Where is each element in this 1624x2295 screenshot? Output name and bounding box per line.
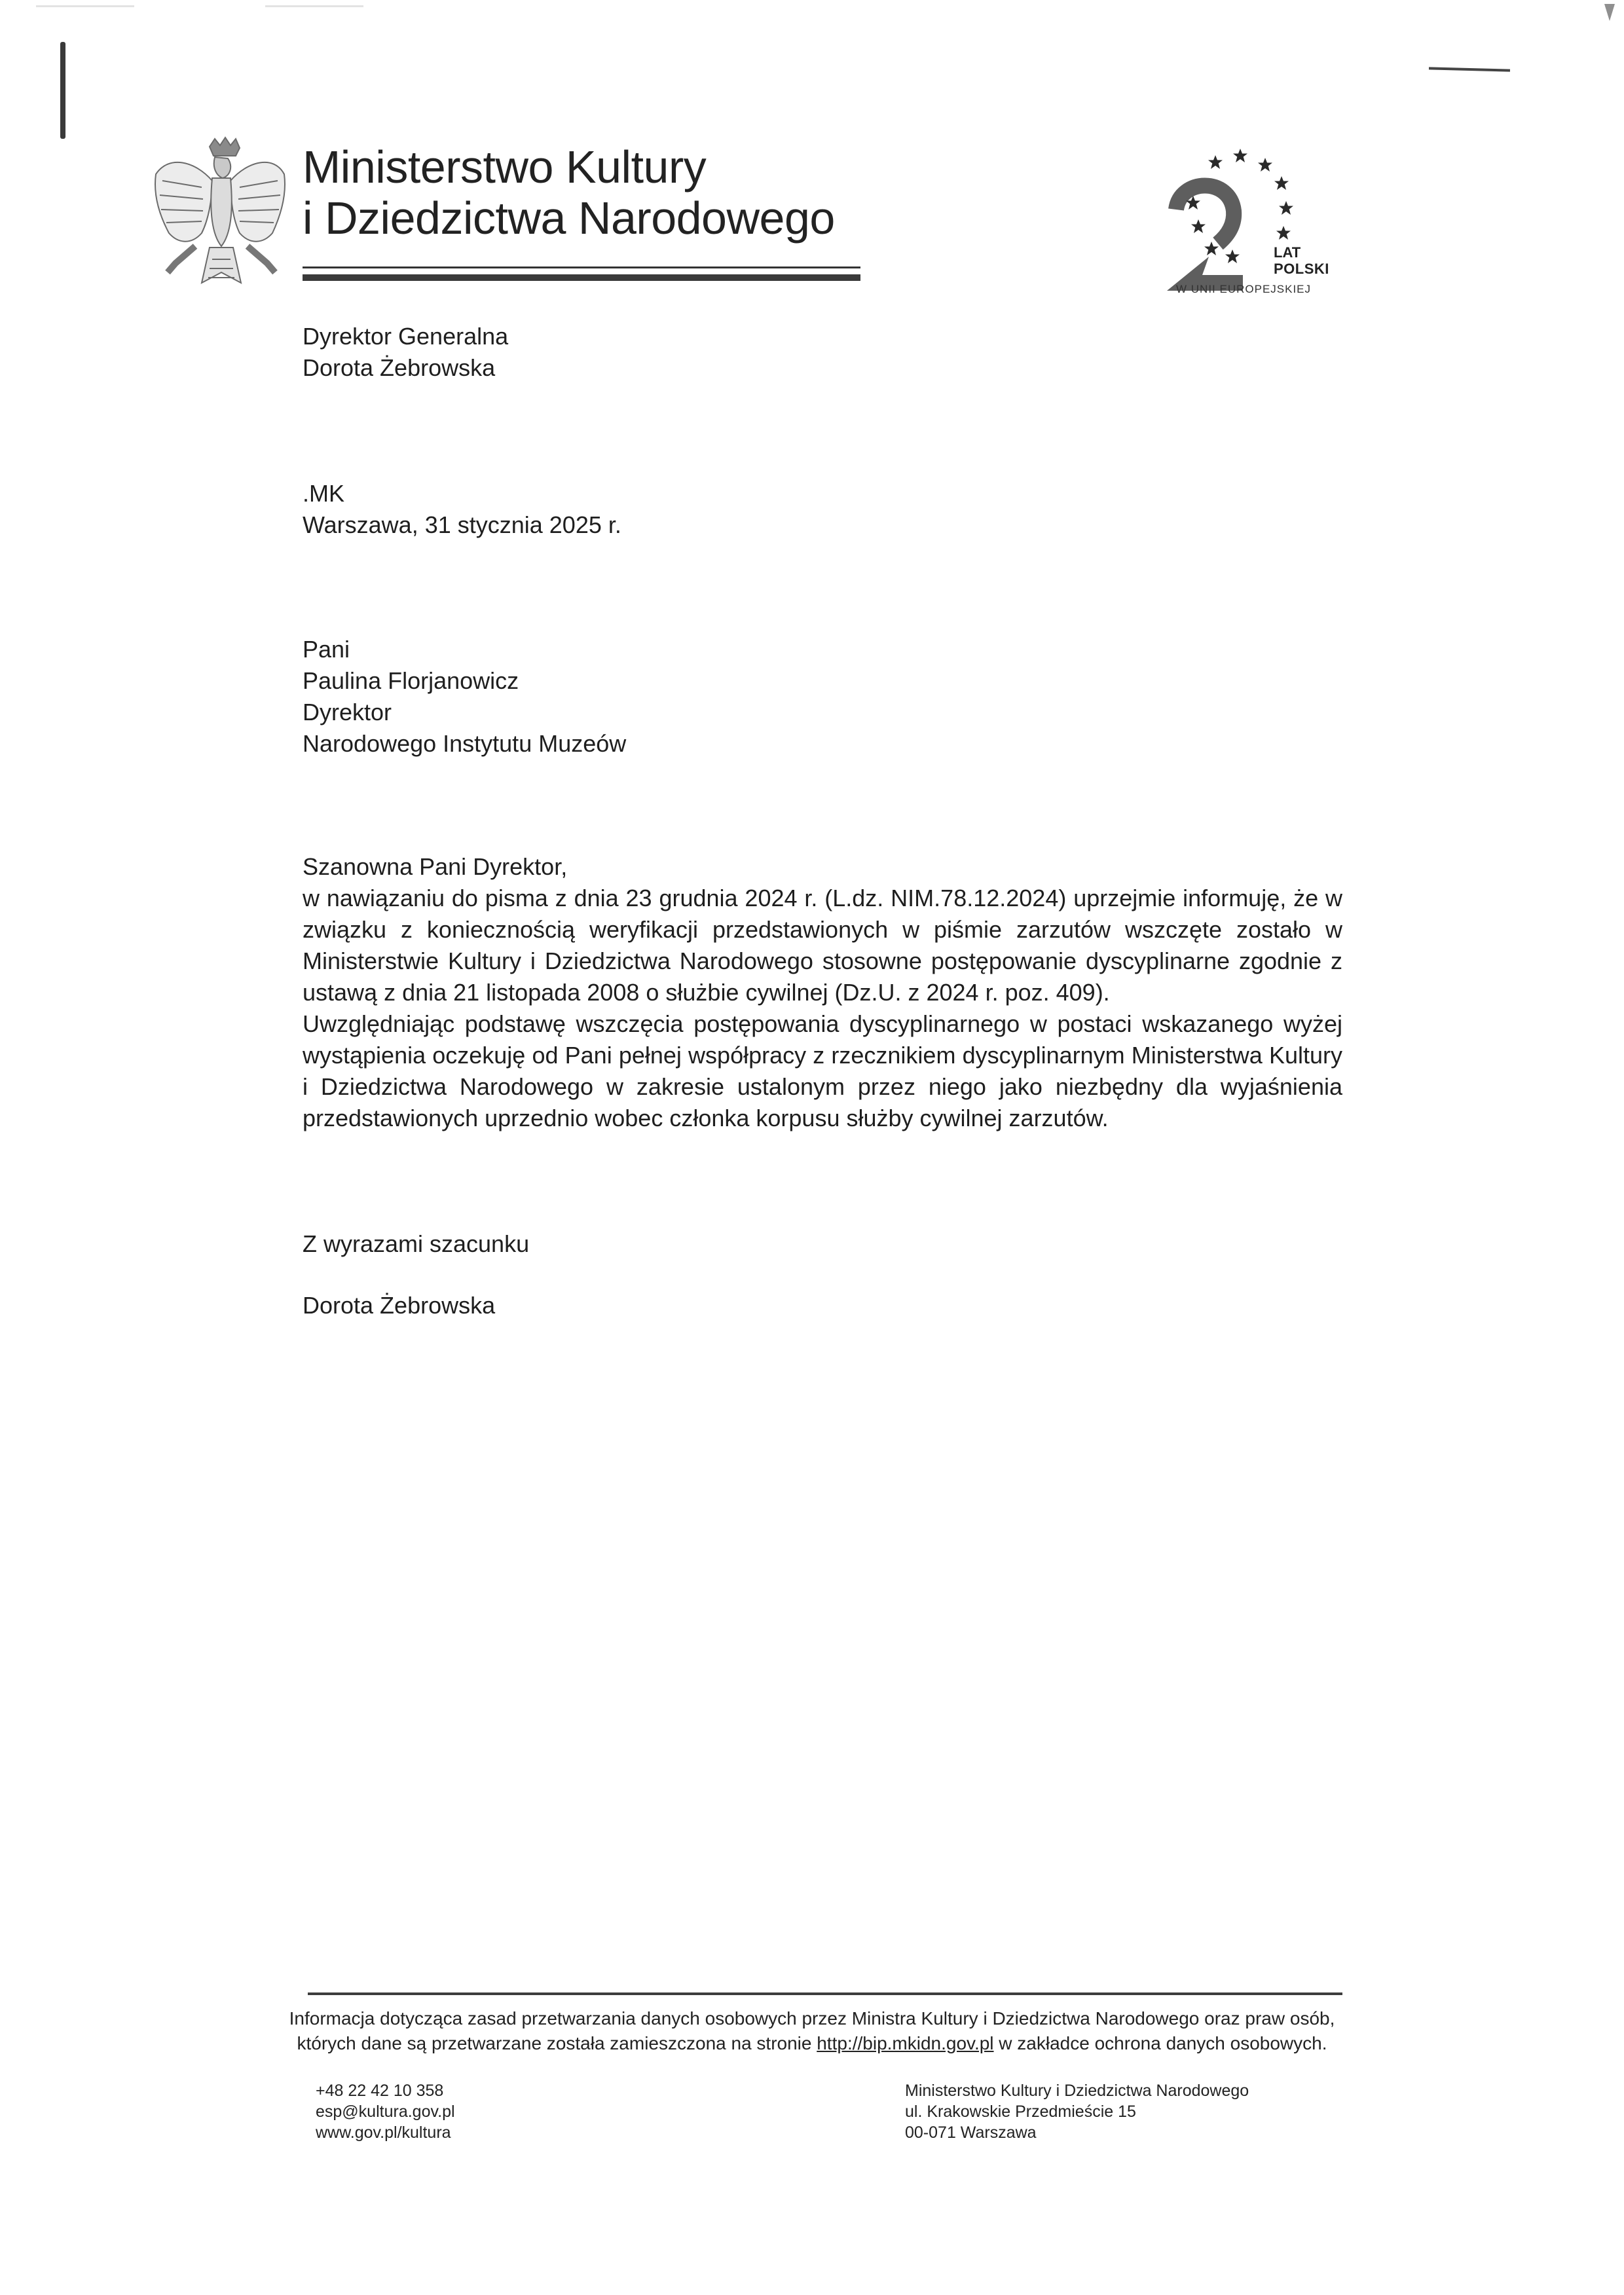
recipient-salutation: Pani [303, 634, 626, 665]
scan-artifact [1429, 67, 1510, 71]
footer-contact: +48 22 42 10 358 esp@kultura.gov.pl www.… [316, 2080, 455, 2143]
scan-artifact [265, 5, 363, 7]
sender-title: Dyrektor Generalna [303, 321, 508, 352]
footer-phone: +48 22 42 10 358 [316, 2080, 455, 2101]
sender-name: Dorota Żebrowska [303, 352, 508, 384]
letter-paragraph-1: w nawiązaniu do pisma z dnia 23 grudnia … [303, 883, 1342, 1008]
reference-block: .MK Warszawa, 31 stycznia 2025 r. [303, 478, 621, 541]
footer-address-name: Ministerstwo Kultury i Dziedzictwa Narod… [905, 2080, 1249, 2101]
recipient-institution: Narodowego Instytutu Muzeów [303, 728, 626, 760]
footer-info-text: w zakładce ochrona danych osobowych. [994, 2033, 1327, 2053]
recipient-title: Dyrektor [303, 697, 626, 728]
footer-info-text: których dane są przetwarzane została zam… [297, 2033, 817, 2053]
recipient-name: Paulina Florjanowicz [303, 665, 626, 697]
eu-logo-polski: POLSKI [1274, 261, 1329, 278]
footer-address: Ministerstwo Kultury i Dziedzictwa Narod… [905, 2080, 1249, 2143]
footer-website: www.gov.pl/kultura [316, 2122, 455, 2143]
header-divider-thick [303, 274, 860, 281]
reference-sign: .MK [303, 478, 621, 509]
footer-privacy-info: Informacja dotycząca zasad przetwarzania… [196, 2006, 1428, 2056]
eu-logo-lat: LAT [1274, 244, 1301, 261]
scan-artifact [36, 5, 134, 7]
eu-logo-w-unii: W UNII EUROPEJSKIEJ [1176, 283, 1311, 296]
header-divider-thin [303, 266, 860, 268]
scan-artifact [60, 42, 65, 139]
footer-info-line-1: Informacja dotycząca zasad przetwarzania… [196, 2006, 1428, 2031]
footer-address-street: ul. Krakowskie Przedmieście 15 [905, 2101, 1249, 2122]
footer-divider [308, 1992, 1342, 1995]
letter-salutation: Szanowna Pani Dyrektor, [303, 851, 1342, 883]
letter-body: Szanowna Pani Dyrektor, w nawiązaniu do … [303, 851, 1342, 1134]
footer-email: esp@kultura.gov.pl [316, 2101, 455, 2122]
ministry-name: Ministerstwo Kultury i Dziedzictwa Narod… [303, 141, 835, 244]
recipient-block: Pani Paulina Florjanowicz Dyrektor Narod… [303, 634, 626, 760]
ministry-name-line-1: Ministerstwo Kultury [303, 141, 835, 193]
footer-info-line-2: których dane są przetwarzane została zam… [196, 2031, 1428, 2056]
polish-eagle-emblem-icon [149, 135, 291, 287]
eu-stars-20-years-logo-icon [1158, 145, 1354, 303]
letter-paragraph-2: Uwzględniając podstawę wszczęcia postępo… [303, 1008, 1342, 1134]
place-date: Warszawa, 31 stycznia 2025 r. [303, 509, 621, 541]
closing-phrase: Z wyrazami szacunku [303, 1228, 529, 1260]
signature-name: Dorota Żebrowska [303, 1290, 495, 1321]
bip-link[interactable]: http://bip.mkidn.gov.pl [817, 2033, 993, 2053]
ministry-name-line-2: i Dziedzictwa Narodowego [303, 193, 835, 244]
scan-artifact [1604, 4, 1615, 21]
sender-block: Dyrektor Generalna Dorota Żebrowska [303, 321, 508, 384]
footer-address-city: 00-071 Warszawa [905, 2122, 1249, 2143]
